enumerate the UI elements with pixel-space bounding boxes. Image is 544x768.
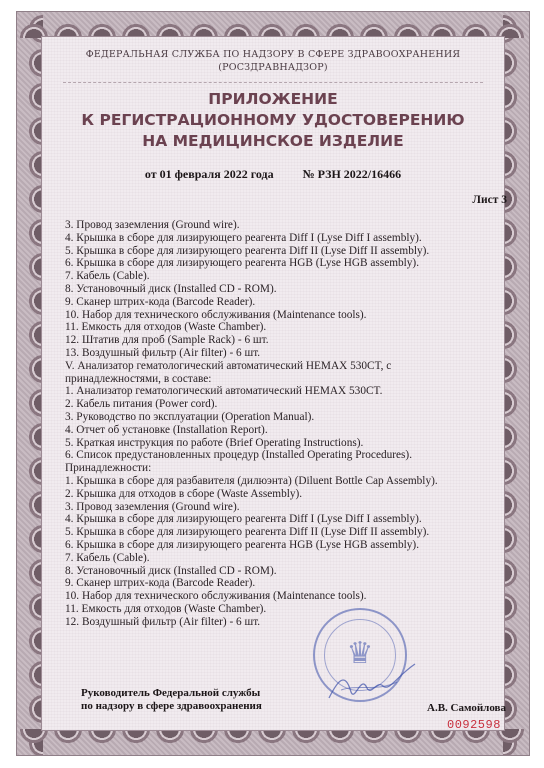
- list-item: 7. Кабель (Cable).: [65, 270, 485, 283]
- list-item: 8. Установочный диск (Installed CD - ROM…: [65, 283, 485, 296]
- registration-line: от 01 февраля 2022 года № РЗН 2022/16466: [17, 167, 529, 182]
- registration-number: № РЗН 2022/16466: [303, 167, 402, 181]
- title-line-2: К РЕГИСТРАЦИОННОМУ УДОСТОВЕРЕНИЮ: [17, 110, 529, 131]
- list-item: 10. Набор для технического обслуживания …: [65, 590, 485, 603]
- list-item: 5. Краткая инструкция по работе (Brief O…: [65, 437, 485, 450]
- list-item: 12. Воздушный фильтр (Air filter) - 6 шт…: [65, 616, 485, 629]
- list-item: 3. Провод заземления (Ground wire).: [65, 501, 485, 514]
- signer-title-line-2: по надзору в сфере здравоохранения: [81, 700, 262, 713]
- list-item: 1. Крышка в сборе для разбавителя (дилюэ…: [65, 475, 485, 488]
- list-item: 10. Набор для технического обслуживания …: [65, 309, 485, 322]
- serial-number: 0092598: [447, 718, 501, 732]
- agency-abbreviation: (РОСЗДРАВНАДЗОР): [17, 61, 529, 74]
- list-item: 2. Кабель питания (Power cord).: [65, 398, 485, 411]
- list-item: Принадлежности:: [65, 462, 485, 475]
- list-item: 9. Сканер штрих-кода (Barcode Reader).: [65, 296, 485, 309]
- list-item: 9. Сканер штрих-кода (Barcode Reader).: [65, 577, 485, 590]
- list-item: 1. Анализатор гематологический автоматич…: [65, 385, 485, 398]
- list-item: 13. Воздушный фильтр (Air filter) - 6 шт…: [65, 347, 485, 360]
- list-item: 3. Руководство по эксплуатации (Operatio…: [65, 411, 485, 424]
- title-line-1: ПРИЛОЖЕНИЕ: [17, 89, 529, 110]
- signature-icon: [327, 662, 417, 702]
- list-item: 4. Крышка в сборе для лизирующего реаген…: [65, 513, 485, 526]
- signer-title-line-1: Руководитель Федеральной службы: [81, 687, 262, 700]
- list-item: 5. Крышка в сборе для лизирующего реаген…: [65, 526, 485, 539]
- list-item: 5. Крышка в сборе для лизирующего реаген…: [65, 245, 485, 258]
- list-item: V. Анализатор гематологический автоматич…: [65, 360, 485, 373]
- component-list: 3. Провод заземления (Ground wire).4. Кр…: [65, 219, 485, 629]
- document-title: ПРИЛОЖЕНИЕ К РЕГИСТРАЦИОННОМУ УДОСТОВЕРЕ…: [17, 89, 529, 152]
- agency-header: ФЕДЕРАЛЬНАЯ СЛУЖБА ПО НАДЗОРУ В СФЕРЕ ЗД…: [17, 48, 529, 74]
- list-item: 11. Емкость для отходов (Waste Chamber).: [65, 321, 485, 334]
- list-item: 6. Крышка в сборе для лизирующего реаген…: [65, 257, 485, 270]
- list-item: 2. Крышка для отходов в сборе (Waste Ass…: [65, 488, 485, 501]
- header-divider: [63, 82, 483, 83]
- list-item: принадлежностями, в составе:: [65, 373, 485, 386]
- registration-date: от 01 февраля 2022 года: [145, 167, 274, 181]
- list-item: 12. Штатив для проб (Sample Rack) - 6 шт…: [65, 334, 485, 347]
- list-item: 3. Провод заземления (Ground wire).: [65, 219, 485, 232]
- list-item: 6. Крышка в сборе для лизирующего реаген…: [65, 539, 485, 552]
- list-item: 8. Установочный диск (Installed CD - ROM…: [65, 565, 485, 578]
- signer-title: Руководитель Федеральной службы по надзо…: [81, 687, 262, 713]
- list-item: 7. Кабель (Cable).: [65, 552, 485, 565]
- list-item: 6. Список предустановленных процедур (In…: [65, 449, 485, 462]
- sheet-number: Лист 3: [472, 194, 507, 206]
- signer-name: А.В. Самойлова: [427, 702, 506, 714]
- agency-name: ФЕДЕРАЛЬНАЯ СЛУЖБА ПО НАДЗОРУ В СФЕРЕ ЗД…: [17, 48, 529, 61]
- list-item: 4. Крышка в сборе для лизирующего реаген…: [65, 232, 485, 245]
- list-item: 4. Отчет об установке (Installation Repo…: [65, 424, 485, 437]
- certificate-sheet: ФЕДЕРАЛЬНАЯ СЛУЖБА ПО НАДЗОРУ В СФЕРЕ ЗД…: [16, 11, 530, 756]
- title-line-3: НА МЕДИЦИНСКОЕ ИЗДЕЛИЕ: [17, 131, 529, 152]
- list-item: 11. Емкость для отходов (Waste Chamber).: [65, 603, 485, 616]
